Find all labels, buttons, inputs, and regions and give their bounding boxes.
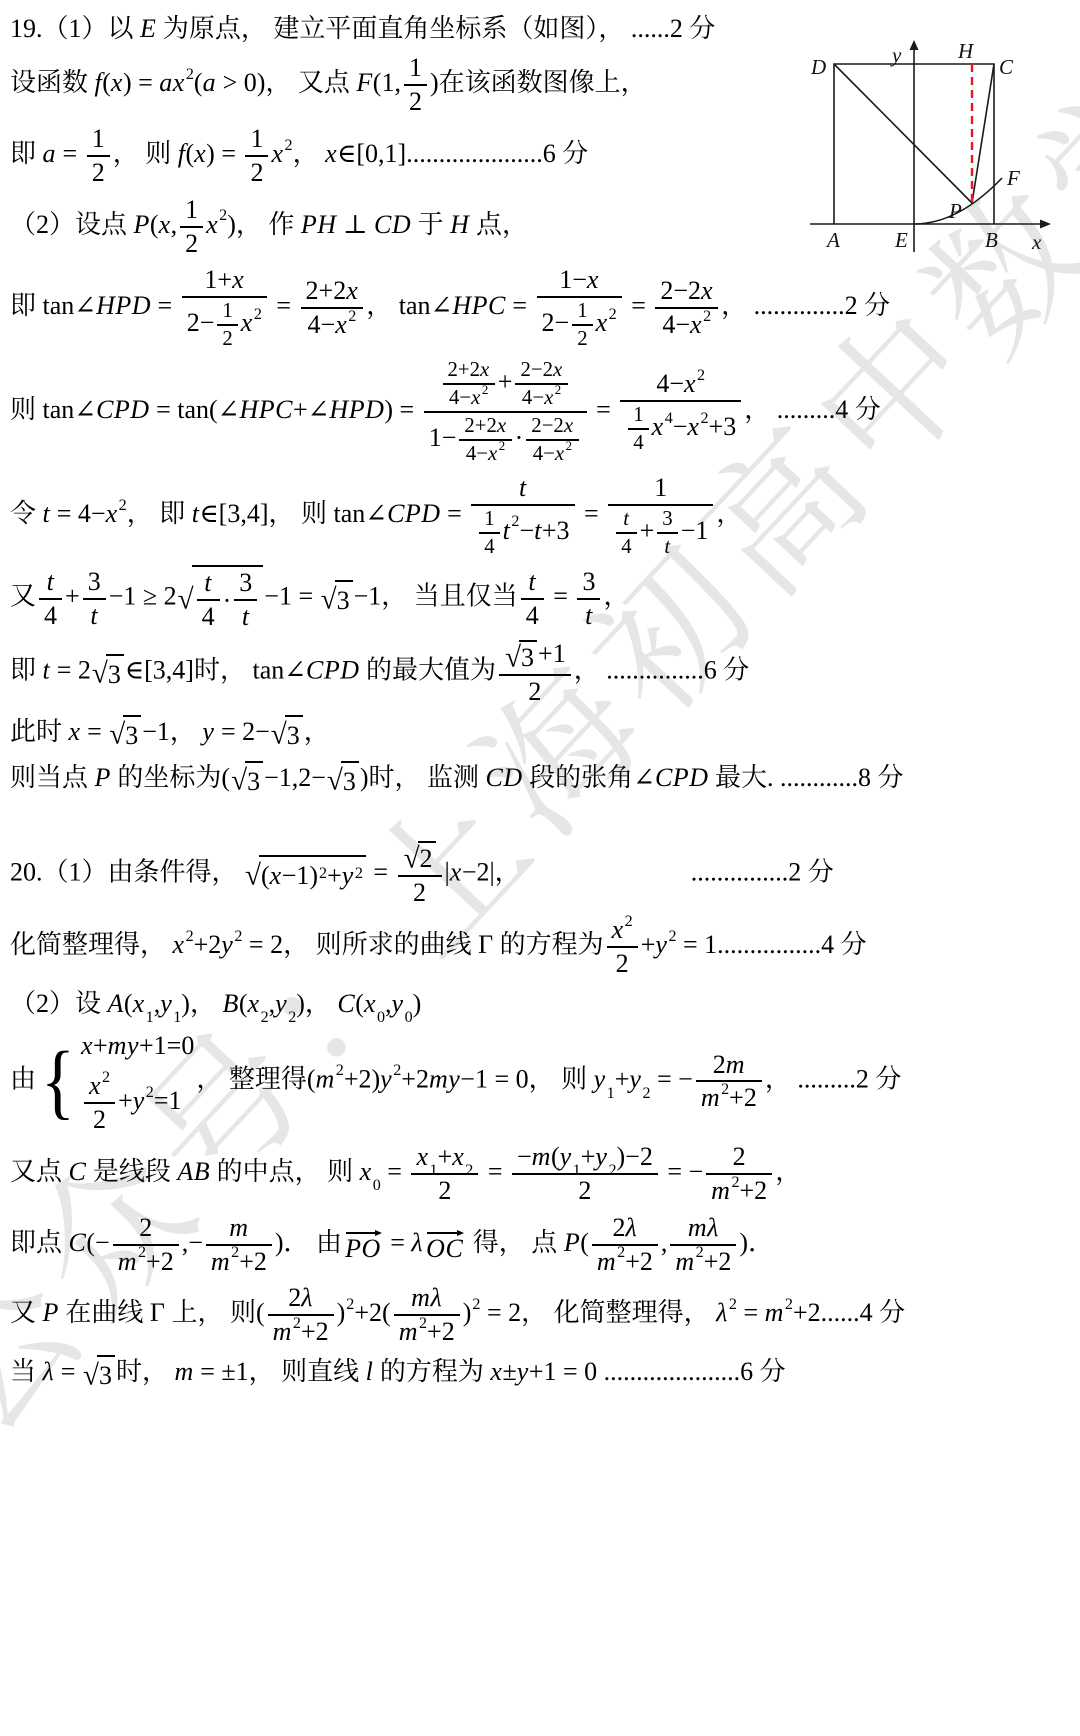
solution-line: 20.（1）由条件得， √(x−1)2+y2 = √22|x−2|，......… [10,841,1072,908]
label-y: y [890,43,902,67]
segment-PC [972,64,994,203]
segment-DP [834,64,972,203]
problem-20-solution: 20.（1）由条件得， √(x−1)2+y2 = √22|x−2|，......… [10,841,1072,1394]
solution-line: 即 tan∠HPD = 1+x2−12x2 = 2+2x4−x2， tan∠HP… [10,265,1072,351]
solution-line: 即点 C(−2m2+2,−mm2+2)． 由PO = λOC 得， 点 P(2λ… [10,1213,1072,1277]
solution-line: 当 λ = √3时， m = ±1， 则直线 l 的方程为 x±y+1 = 0 … [10,1354,1072,1393]
solution-line: 又点 C 是线段 AB 的中点， 则 x0 = x1+x22 = −m(y1+y… [10,1142,1072,1206]
label-C: C [999,55,1014,79]
label-A: A [825,228,840,252]
x-axis-arrow [1040,220,1051,229]
solution-line: （2）设 A(x1,y1)， B(x2,y2)， C(x0,y0) [10,986,1072,1021]
solution-line: 此时 x = √3−1， y = 2−√3， [10,714,1072,753]
solution-line: 令 t = 4−x2， 即 t∈[3,4]， 则 tan∠CPD = t14t2… [10,473,1072,559]
solution-line: 由{x+my+1=0x22+y2=1， 整理得(m2+2)y2+2my−1 = … [10,1028,1072,1135]
label-H: H [957,39,975,63]
y-axis-arrow [910,40,919,50]
label-E: E [894,228,908,252]
label-x: x [1031,230,1042,254]
solution-line: 则当点 P 的坐标为(√3−1,2−√3)时， 监测 CD 段的张角∠CPD 最… [10,760,1072,799]
label-B: B [985,228,998,252]
solution-line: 又 P 在曲线 Γ 上， 则(2λm2+2)2+2(mλm2+2)2 = 2， … [10,1283,1072,1347]
solution-line: 则 tan∠CPD = tan(∠HPC+∠HPD) = 2+2x4−x2+2−… [10,358,1072,466]
label-F: F [1006,166,1020,190]
figure-coordinate-diagram: y H C D F P A E B x [794,38,1064,268]
solution-line: 即 t = 2√3∈[3,4]时， tan∠CPD 的最大值为√3+12， ..… [10,639,1072,706]
label-D: D [810,55,826,79]
solution-line: 又t4+3t−1 ≥ 2√t4·3t−1 = √3−1， 当且仅当t4 = 3t… [10,565,1072,632]
solution-line: 化简整理得， x2+2y2 = 2， 则所求的曲线 Γ 的方程为x22+y2 =… [10,915,1072,979]
label-P: P [948,199,962,223]
